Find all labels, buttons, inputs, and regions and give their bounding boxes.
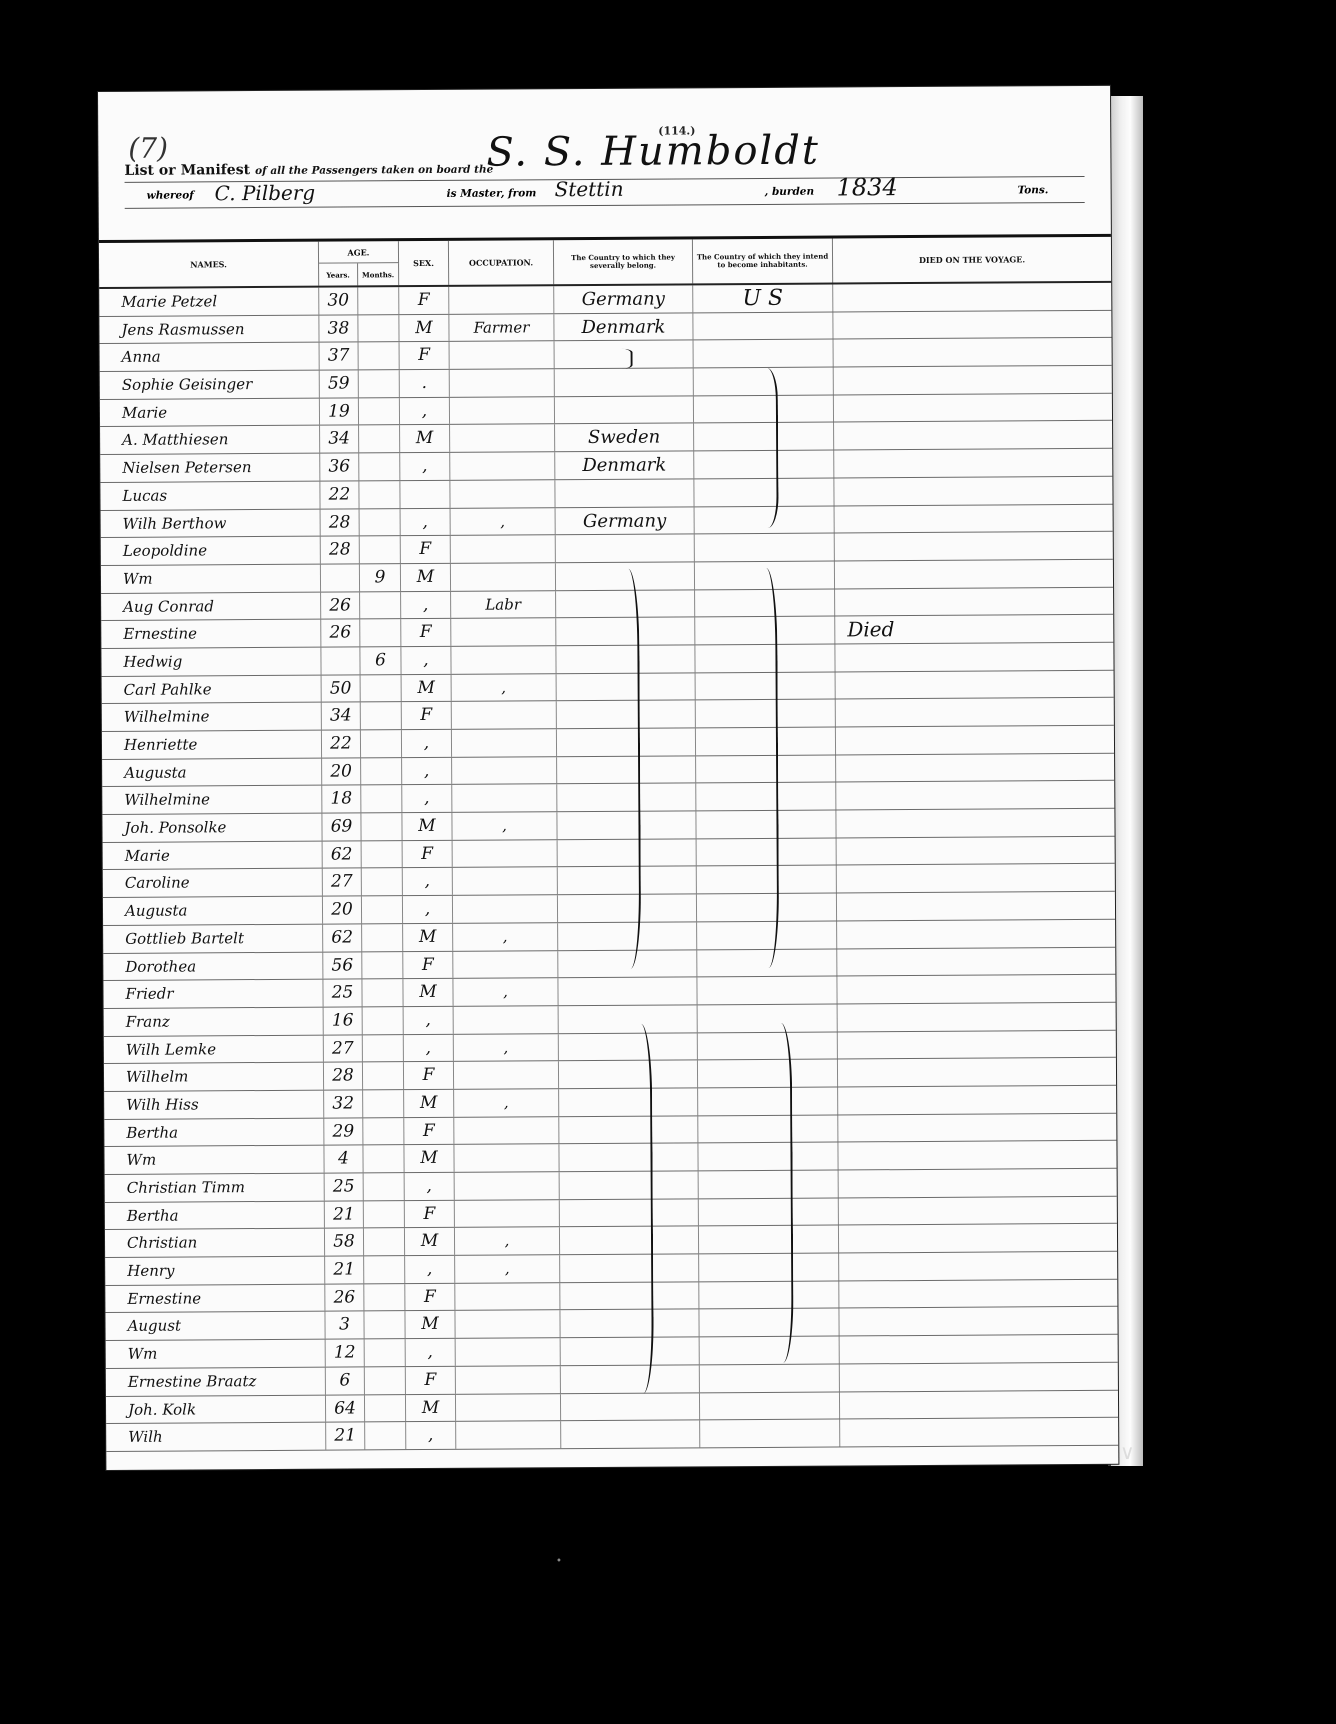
- age-months-cell: [360, 509, 401, 536]
- passenger-name-cell: Wilh: [106, 1423, 326, 1451]
- country-belong-cell: [559, 1005, 698, 1033]
- ditto-brace: [774, 1023, 794, 1363]
- country-belong-cell: [556, 535, 695, 563]
- age-months-cell: [365, 1367, 406, 1394]
- died-on-voyage-cell: [834, 366, 1112, 394]
- sex-cell: ,: [401, 591, 451, 618]
- header-months: Months.: [358, 263, 399, 285]
- country-intend-cell: [699, 1170, 839, 1198]
- age-years-cell: 59: [320, 370, 359, 397]
- sex-cell: F: [404, 1117, 454, 1144]
- master-name: C. Pilberg: [215, 181, 316, 206]
- died-on-voyage-cell: [837, 837, 1115, 865]
- sex-cell: M: [403, 924, 453, 951]
- age-years-cell: 37: [320, 343, 359, 370]
- age-years-cell: 16: [324, 1007, 363, 1034]
- age-months-cell: [365, 1395, 406, 1422]
- occupation-cell: [453, 895, 558, 922]
- ditto-brace: [615, 349, 633, 369]
- country-intend-cell: [693, 312, 833, 340]
- passenger-name-cell: Wilh Berthow: [101, 509, 321, 537]
- died-on-voyage-cell: [837, 892, 1115, 920]
- country-intend-cell: [699, 1198, 839, 1226]
- country-intend-cell: [698, 1087, 838, 1115]
- country-intend-cell: [700, 1364, 840, 1392]
- died-on-voyage-cell: [835, 587, 1113, 615]
- age-months-cell: 6: [360, 647, 401, 674]
- age-months-cell: [362, 924, 403, 951]
- sex-cell: ,: [405, 1256, 455, 1283]
- passenger-name-cell: Joh. Ponsolke: [102, 814, 322, 842]
- country-belong-cell: [561, 1421, 700, 1449]
- died-on-voyage-cell: [836, 726, 1114, 754]
- age-years-cell: 58: [325, 1229, 364, 1256]
- country-belong-cell: [555, 368, 694, 396]
- country-belong-cell: [560, 1254, 699, 1282]
- age-months-cell: [365, 1422, 406, 1449]
- age-months-cell: [362, 979, 403, 1006]
- occupation-cell: [451, 618, 556, 645]
- is-master-from-label: is Master, from: [447, 187, 537, 200]
- whereof-label: whereof: [147, 189, 194, 201]
- age-years-cell: 21: [326, 1423, 365, 1450]
- occupation-cell: [454, 1117, 559, 1144]
- country-belong-cell: [558, 978, 697, 1006]
- occupation-cell: [455, 1311, 560, 1338]
- age-months-cell: [364, 1201, 405, 1228]
- passenger-name-cell: Wm: [101, 565, 321, 593]
- sex-cell: M: [406, 1394, 456, 1421]
- age-months-cell: [363, 1118, 404, 1145]
- header-country-intend: The Country of which they intend to beco…: [693, 239, 833, 284]
- country-belong-cell: [561, 1365, 700, 1393]
- burden-value: 1834: [837, 173, 898, 201]
- passenger-name-cell: Lucas: [100, 481, 320, 509]
- occupation-cell: Farmer: [449, 314, 554, 341]
- age-months-cell: [359, 343, 400, 370]
- occupation-cell: [454, 1061, 559, 1088]
- occupation-cell: [452, 757, 557, 784]
- died-on-voyage-cell: [833, 283, 1111, 311]
- country-intend-cell: [698, 1143, 838, 1171]
- occupation-cell: [453, 840, 558, 867]
- age-months-cell: [361, 813, 402, 840]
- passenger-table: Marie Petzel30FGermanyU SJens Rasmussen3…: [99, 283, 1118, 1452]
- age-months-cell: [364, 1256, 405, 1283]
- age-months-cell: [359, 426, 400, 453]
- country-intend-cell: [698, 1032, 838, 1060]
- country-intend-cell: [699, 1281, 839, 1309]
- country-belong-cell: [560, 1282, 699, 1310]
- age-years-cell: 18: [322, 786, 361, 813]
- passenger-name-cell: Gottlieb Bartelt: [103, 924, 323, 952]
- died-on-voyage-cell: [836, 753, 1114, 781]
- occupation-cell: [450, 425, 555, 452]
- age-months-cell: [363, 1035, 404, 1062]
- sex-cell: F: [401, 536, 451, 563]
- age-months-cell: [361, 702, 402, 729]
- passenger-name-cell: Wilhelm: [104, 1063, 324, 1091]
- age-years-cell: 12: [326, 1340, 365, 1367]
- age-years-cell: 20: [322, 758, 361, 785]
- country-intend-cell: [699, 1226, 839, 1254]
- title-gothic-1: List or: [124, 163, 175, 179]
- country-belong-cell: [555, 479, 694, 507]
- country-belong-cell: [559, 1061, 698, 1089]
- passenger-name-cell: Wilhelmine: [102, 786, 322, 814]
- age-months-cell: 9: [360, 564, 401, 591]
- died-on-voyage-cell: [834, 338, 1112, 366]
- died-on-voyage-cell: [834, 449, 1112, 477]
- died-on-voyage-cell: [840, 1390, 1118, 1418]
- age-years-cell: 29: [324, 1118, 363, 1145]
- country-belong-cell: Germany: [554, 285, 693, 313]
- age-years-cell: [321, 647, 360, 674]
- table-row: Wilh21,: [106, 1418, 1118, 1452]
- ditto-brace: [621, 569, 641, 969]
- age-months-cell: [363, 1090, 404, 1117]
- age-years-cell: 38: [319, 315, 358, 342]
- country-intend-cell: [698, 1060, 838, 1088]
- ditto-brace: [760, 368, 779, 528]
- sex-cell: ,: [406, 1339, 456, 1366]
- age-years-cell: 27: [324, 1035, 363, 1062]
- sex-cell: .: [400, 370, 450, 397]
- died-on-voyage-cell: [834, 394, 1112, 422]
- occupation-cell: Labr: [451, 591, 556, 618]
- age-months-cell: [358, 315, 399, 342]
- died-on-voyage-cell: [838, 1030, 1116, 1058]
- header-age: AGE.: [319, 241, 399, 263]
- died-on-voyage-cell: [840, 1335, 1118, 1363]
- passenger-name-cell: Ernestine: [105, 1284, 325, 1312]
- age-years-cell: 4: [324, 1146, 363, 1173]
- died-on-voyage-cell: [840, 1418, 1118, 1446]
- country-belong-cell: [555, 396, 694, 424]
- age-years-cell: 26: [321, 592, 360, 619]
- age-years-cell: 20: [323, 897, 362, 924]
- died-on-voyage-cell: [836, 698, 1114, 726]
- age-months-cell: [362, 869, 403, 896]
- occupation-cell: [451, 563, 556, 590]
- passenger-name-cell: Bertha: [104, 1118, 324, 1146]
- sex-cell: M: [405, 1228, 455, 1255]
- sex-cell: ,: [402, 758, 452, 785]
- age-months-cell: [359, 398, 400, 425]
- age-years-cell: 62: [323, 924, 362, 951]
- sex-cell: ,: [401, 647, 451, 674]
- died-on-voyage-cell: [835, 560, 1113, 588]
- passenger-name-cell: Friedr: [103, 980, 323, 1008]
- died-on-voyage-cell: [835, 504, 1113, 532]
- occupation-cell: [455, 1200, 560, 1227]
- sex-cell: F: [405, 1201, 455, 1228]
- passenger-name-cell: A. Matthiesen: [100, 426, 320, 454]
- sex-cell: ,: [404, 1034, 454, 1061]
- sex-cell: M: [404, 1090, 454, 1117]
- age-months-cell: [363, 1145, 404, 1172]
- occupation-cell: ,: [454, 1034, 559, 1061]
- header-sex: SEX.: [399, 241, 449, 285]
- age-months-cell: [361, 730, 402, 757]
- occupation-cell: [450, 480, 555, 507]
- died-on-voyage-cell: [835, 643, 1113, 671]
- age-years-cell: 21: [325, 1256, 364, 1283]
- age-months-cell: [364, 1173, 405, 1200]
- passenger-name-cell: Jens Rasmussen: [99, 315, 319, 343]
- age-years-cell: 22: [322, 730, 361, 757]
- age-years-cell: [321, 564, 360, 591]
- age-years-cell: 50: [322, 675, 361, 702]
- occupation-cell: [456, 1338, 561, 1365]
- sex-cell: ,: [404, 1007, 454, 1034]
- age-years-cell: 28: [321, 509, 360, 536]
- passenger-name-cell: August: [105, 1312, 325, 1340]
- age-years-cell: 62: [323, 841, 362, 868]
- passenger-name-cell: Christian Timm: [105, 1174, 325, 1202]
- died-on-voyage-cell: [837, 920, 1115, 948]
- occupation-cell: [456, 1421, 561, 1448]
- age-years-cell: 28: [321, 537, 360, 564]
- died-on-voyage-cell: Died: [835, 615, 1113, 643]
- passenger-name-cell: Bertha: [105, 1201, 325, 1229]
- died-on-voyage-cell: [839, 1224, 1117, 1252]
- died-on-voyage-cell: [839, 1280, 1117, 1308]
- country-intend-cell: U S: [693, 285, 833, 313]
- occupation-cell: ,: [455, 1228, 560, 1255]
- age-years-cell: 25: [325, 1173, 364, 1200]
- occupation-cell: ,: [455, 1255, 560, 1282]
- age-years-cell: 32: [324, 1090, 363, 1117]
- passenger-name-cell: Ernestine Braatz: [106, 1367, 326, 1395]
- port-from: Stettin: [555, 177, 624, 201]
- age-years-cell: 34: [322, 703, 361, 730]
- scan-dot: •: [556, 1556, 562, 1567]
- died-on-voyage-cell: [834, 477, 1112, 505]
- died-on-voyage-cell: [837, 975, 1115, 1003]
- age-years-cell: 6: [326, 1367, 365, 1394]
- died-on-voyage-cell: [836, 670, 1114, 698]
- passenger-name-cell: Marie Petzel: [99, 288, 319, 316]
- passenger-name-cell: Wilh Hiss: [104, 1091, 324, 1119]
- age-months-cell: [364, 1229, 405, 1256]
- sex-cell: F: [404, 1062, 454, 1089]
- passenger-name-cell: Caroline: [103, 869, 323, 897]
- age-months-cell: [364, 1284, 405, 1311]
- occupation-cell: [451, 646, 556, 673]
- age-years-cell: 21: [325, 1201, 364, 1228]
- age-months-cell: [360, 536, 401, 563]
- ditto-brace: [634, 1024, 654, 1394]
- country-belong-cell: Denmark: [555, 451, 694, 479]
- country-intend-cell: [699, 1254, 839, 1282]
- passenger-name-cell: Joh. Kolk: [106, 1395, 326, 1423]
- age-years-cell: 30: [319, 287, 358, 314]
- sex-cell: ,: [400, 398, 450, 425]
- died-on-voyage-cell: [834, 421, 1112, 449]
- died-on-voyage-cell: [838, 1003, 1116, 1031]
- died-on-voyage-cell: [833, 311, 1111, 339]
- occupation-cell: [451, 535, 556, 562]
- age-months-cell: [360, 619, 401, 646]
- passenger-name-cell: Marie: [103, 841, 323, 869]
- age-years-cell: 28: [324, 1063, 363, 1090]
- passenger-name-cell: Wilhelmine: [102, 703, 322, 731]
- age-years-cell: 3: [325, 1312, 364, 1339]
- country-intend-cell: [698, 1004, 838, 1032]
- occupation-cell: [450, 452, 555, 479]
- manifest-page: (7) (114.) S. S. Humboldt List or Manife…: [98, 86, 1118, 1470]
- occupation-cell: [450, 369, 555, 396]
- died-on-voyage-cell: [838, 1141, 1116, 1169]
- sex-cell: M: [402, 674, 452, 701]
- passenger-name-cell: Franz: [104, 1008, 324, 1036]
- occupation-cell: [455, 1283, 560, 1310]
- master-line: whereof C. Pilberg is Master, from Stett…: [125, 182, 1085, 209]
- age-months-cell: [363, 1007, 404, 1034]
- title-text: of all the Passengers taken on board the: [255, 164, 493, 177]
- sex-cell: M: [404, 1145, 454, 1172]
- sex-cell: F: [402, 702, 452, 729]
- age-months-cell: [360, 592, 401, 619]
- passenger-name-cell: Wm: [106, 1340, 326, 1368]
- country-intend-cell: [697, 977, 837, 1005]
- ditto-brace: [759, 568, 779, 968]
- occupation-cell: [452, 785, 557, 812]
- age-years-cell: 22: [320, 481, 359, 508]
- country-belong-cell: [560, 1227, 699, 1255]
- age-months-cell: [361, 675, 402, 702]
- header-years: Years.: [319, 263, 358, 285]
- died-on-voyage-cell: [839, 1307, 1117, 1335]
- died-on-voyage-cell: [840, 1363, 1118, 1391]
- country-belong-cell: [560, 1171, 699, 1199]
- died-on-voyage-cell: [838, 1058, 1116, 1086]
- passenger-name-cell: Christian: [105, 1229, 325, 1257]
- passenger-name-cell: Wm: [104, 1146, 324, 1174]
- age-months-cell: [362, 841, 403, 868]
- sex-cell: ,: [402, 730, 452, 757]
- country-belong-cell: [559, 1116, 698, 1144]
- passenger-name-cell: Hedwig: [101, 648, 321, 676]
- occupation-cell: [455, 1172, 560, 1199]
- country-belong-cell: [561, 1337, 700, 1365]
- died-on-voyage-cell: [837, 947, 1115, 975]
- header-occupation: OCCUPATION.: [449, 240, 554, 285]
- age-years-cell: 69: [322, 813, 361, 840]
- passenger-name-cell: Leopoldine: [101, 537, 321, 565]
- died-on-voyage-cell: [838, 1086, 1116, 1114]
- age-years-cell: 19: [320, 398, 359, 425]
- sex-cell: ,: [400, 453, 450, 480]
- country-belong-cell: [560, 1199, 699, 1227]
- died-on-voyage-cell: [839, 1169, 1117, 1197]
- age-years-cell: 56: [323, 952, 362, 979]
- age-months-cell: [363, 1062, 404, 1089]
- passenger-name-cell: Wilh Lemke: [104, 1035, 324, 1063]
- occupation-cell: [456, 1366, 561, 1393]
- occupation-cell: [452, 729, 557, 756]
- age-years-cell: 27: [323, 869, 362, 896]
- country-intend-cell: [700, 1420, 840, 1448]
- sex-cell: M: [401, 564, 451, 591]
- age-years-cell: 25: [323, 980, 362, 1007]
- sex-cell: ,: [402, 785, 452, 812]
- occupation-cell: [450, 342, 555, 369]
- sex-cell: ,: [403, 868, 453, 895]
- died-on-voyage-cell: [835, 532, 1113, 560]
- age-years-cell: 36: [320, 454, 359, 481]
- country-belong-cell: Germany: [556, 507, 695, 535]
- sex-cell: M: [400, 425, 450, 452]
- country-intend-cell: [700, 1392, 840, 1420]
- passenger-name-cell: Nielsen Petersen: [100, 454, 320, 482]
- died-on-voyage-cell: [838, 1113, 1116, 1141]
- passenger-name-cell: Dorothea: [103, 952, 323, 980]
- died-on-voyage-cell: [839, 1196, 1117, 1224]
- burden-label: , burden: [765, 186, 815, 198]
- occupation-cell: [454, 1006, 559, 1033]
- sex-cell: F: [403, 841, 453, 868]
- sex-cell: ,: [406, 1422, 456, 1449]
- sex-cell: [400, 481, 450, 508]
- died-on-voyage-cell: [837, 864, 1115, 892]
- passenger-name-cell: Augusta: [103, 897, 323, 925]
- age-months-cell: [361, 758, 402, 785]
- sex-cell: F: [403, 951, 453, 978]
- country-belong-cell: [560, 1310, 699, 1338]
- sex-cell: F: [405, 1284, 455, 1311]
- occupation-cell: ,: [453, 923, 558, 950]
- title-gothic-2: Manifest: [181, 162, 250, 178]
- country-belong-cell: [559, 1144, 698, 1172]
- country-intend-cell: [694, 340, 834, 368]
- sex-cell: F: [400, 342, 450, 369]
- occupation-cell: [454, 1145, 559, 1172]
- header-died: DIED ON THE VOYAGE.: [833, 237, 1111, 283]
- passenger-name-cell: Henry: [105, 1257, 325, 1285]
- age-years-cell: 64: [326, 1395, 365, 1422]
- passenger-name-cell: Anna: [100, 343, 320, 371]
- passenger-name-cell: Carl Pahlke: [102, 675, 322, 703]
- occupation-cell: [453, 951, 558, 978]
- age-months-cell: [359, 370, 400, 397]
- country-belong-cell: Sweden: [555, 424, 694, 452]
- country-belong-cell: Denmark: [554, 313, 693, 341]
- died-on-voyage-cell: [836, 809, 1114, 837]
- age-years-cell: 34: [320, 426, 359, 453]
- header-names: NAMES.: [99, 242, 319, 287]
- passenger-name-cell: Henriette: [102, 731, 322, 759]
- occupation-cell: [449, 286, 554, 313]
- sex-cell: M: [399, 315, 449, 342]
- occupation-cell: ,: [451, 508, 556, 535]
- sex-cell: M: [403, 979, 453, 1006]
- occupation-cell: [452, 702, 557, 729]
- age-months-cell: [359, 453, 400, 480]
- sex-cell: ,: [405, 1173, 455, 1200]
- passenger-name-cell: Augusta: [102, 758, 322, 786]
- died-on-voyage-cell: [836, 781, 1114, 809]
- occupation-cell: ,: [452, 674, 557, 701]
- sex-cell: M: [405, 1311, 455, 1338]
- died-on-voyage-cell: [839, 1252, 1117, 1280]
- sex-cell: M: [402, 813, 452, 840]
- age-months-cell: [358, 287, 399, 314]
- country-belong-cell: [561, 1393, 700, 1421]
- country-intend-cell: [700, 1337, 840, 1365]
- age-months-cell: [364, 1312, 405, 1339]
